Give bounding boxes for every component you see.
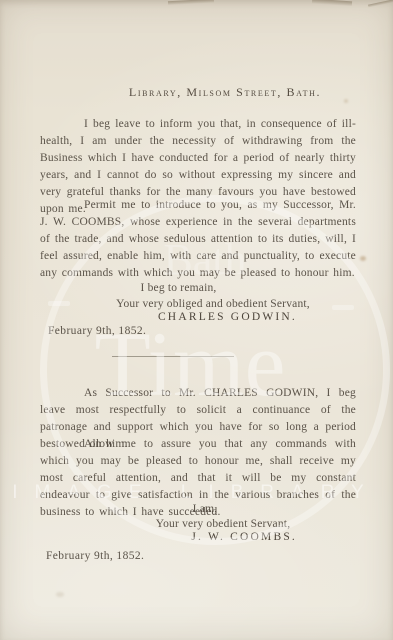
section-divider-rule bbox=[112, 356, 234, 357]
fox-spot bbox=[360, 256, 366, 261]
godwin-valediction-1: I beg to remain, bbox=[0, 280, 393, 297]
letter-scan: Library, Milsom Street, Bath. I beg leav… bbox=[0, 0, 393, 640]
godwin-paragraph-2: Permit me to introduce to you, as my Suc… bbox=[40, 197, 356, 282]
godwin-date: February 9th, 1852. bbox=[48, 323, 146, 340]
letterhead: Library, Milsom Street, Bath. bbox=[0, 84, 393, 101]
coombs-signature: J. W. COOMBS. bbox=[191, 531, 297, 543]
paper-crease bbox=[168, 0, 214, 5]
fox-spot bbox=[344, 99, 348, 103]
coombs-date: February 9th, 1852. bbox=[46, 548, 144, 565]
fox-spot bbox=[56, 592, 64, 597]
paper-crease bbox=[312, 0, 352, 6]
godwin-signature: CHARLES GODWIN. bbox=[158, 311, 297, 323]
paper-crease bbox=[368, 0, 393, 8]
